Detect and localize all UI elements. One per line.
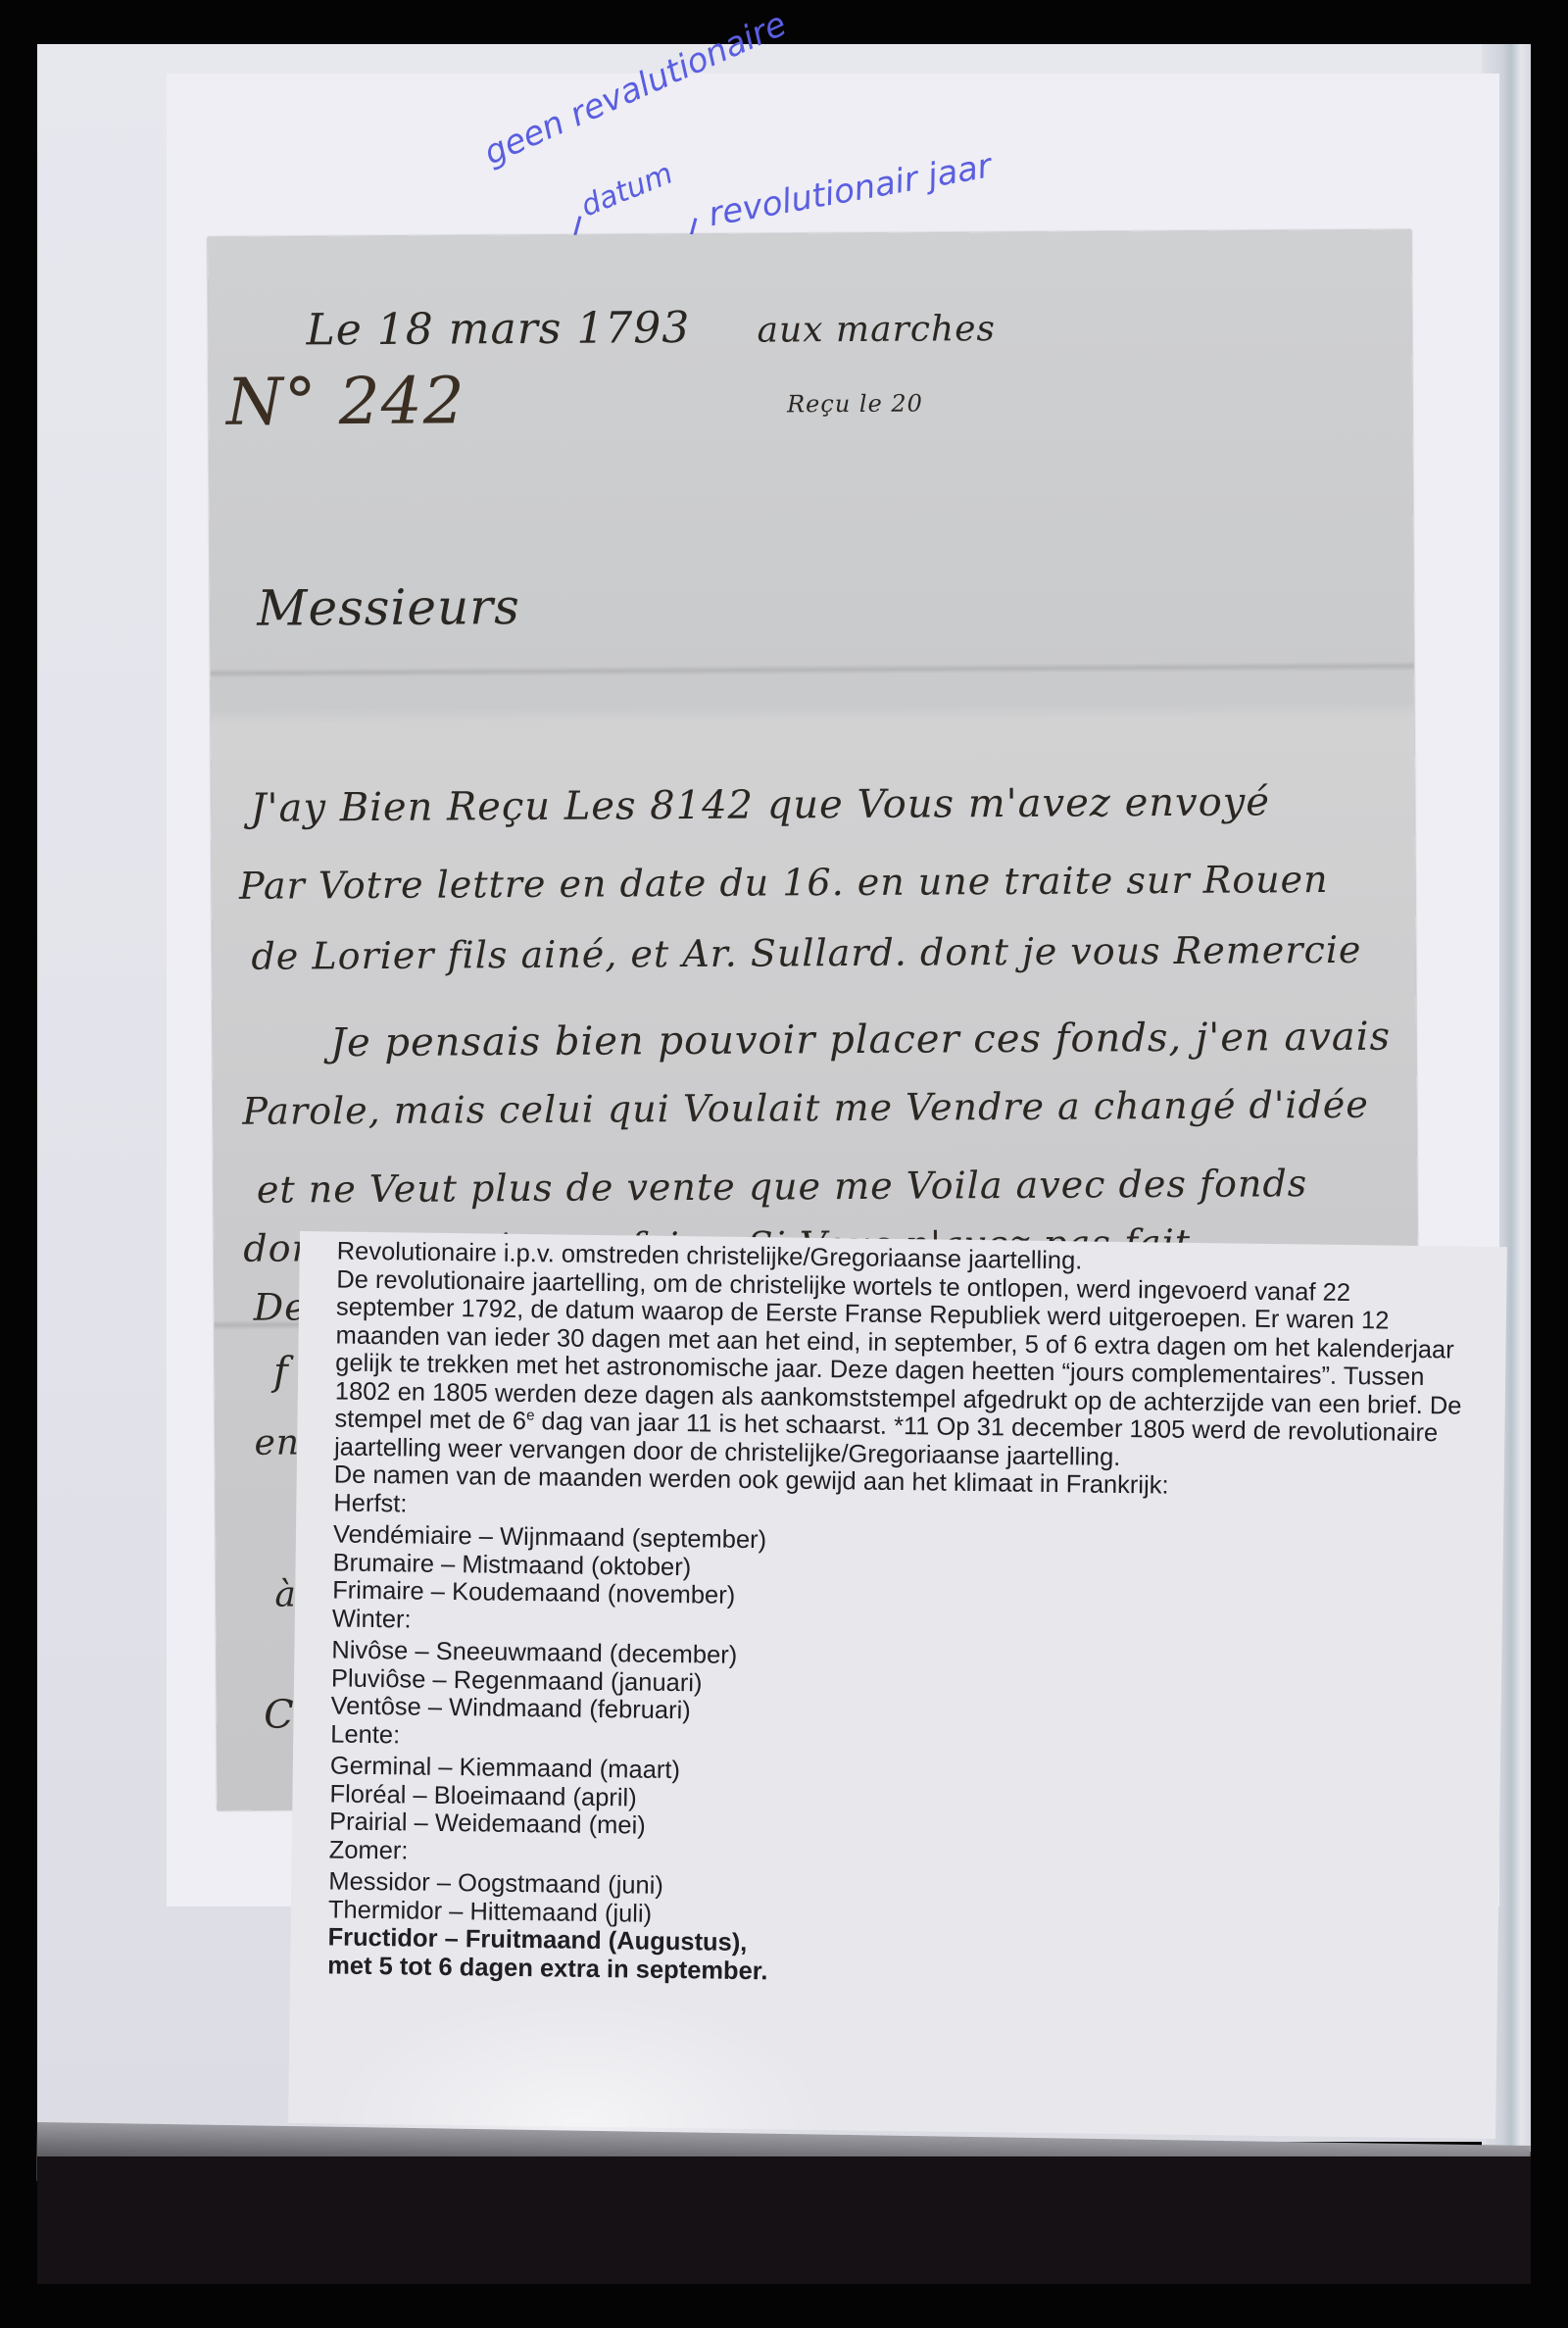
- letter-line: à: [274, 1574, 297, 1614]
- letter-line: f: [273, 1350, 289, 1395]
- letter-line: en: [254, 1422, 300, 1462]
- letter-line: Par Votre lettre en date du 16. en une t…: [239, 858, 1329, 908]
- letter-line: Je pensais bien pouvoir placer ces fonds…: [330, 1015, 1391, 1066]
- letter-line: Parole, mais celui qui Voulait me Vendre…: [242, 1083, 1369, 1133]
- letter-date-suffix: aux marches: [757, 309, 996, 350]
- letter-side-note: Reçu le 20: [787, 390, 923, 419]
- letter-line: et ne Veut plus de vente que me Voila av…: [257, 1162, 1308, 1212]
- fold-line: [211, 661, 1414, 678]
- letter-line: C: [264, 1692, 295, 1737]
- letter-salutation: Messieurs: [257, 578, 520, 637]
- dark-background: [37, 2156, 1531, 2284]
- annotation-card: Revolutionaire i.p.v. omstreden christel…: [288, 1231, 1507, 2139]
- letter-date: Le 18 mars 1793: [306, 303, 690, 355]
- letter-number: N° 242: [226, 363, 465, 439]
- letter-line: J'ay Bien Reçu Les 8142 que Vous m'avez …: [250, 779, 1270, 830]
- letter-line: de Lorier fils ainé, et Ar. Sullard. don…: [251, 928, 1361, 978]
